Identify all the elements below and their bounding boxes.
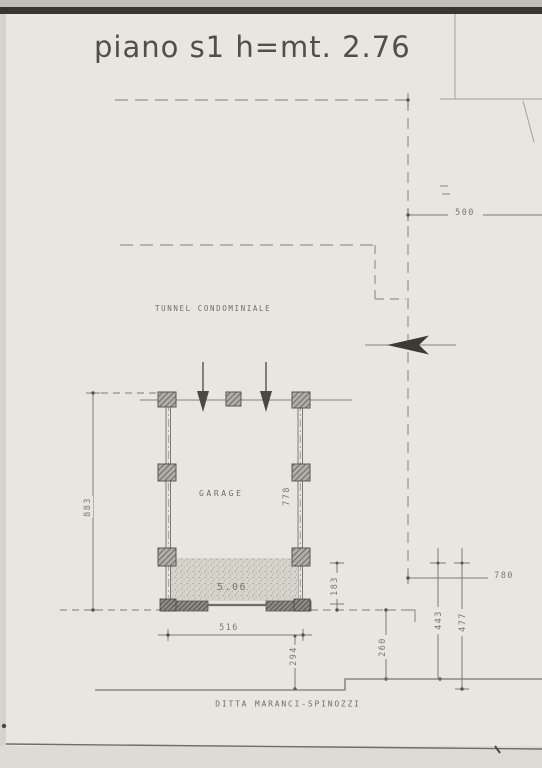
dim-garage-width: 516 [218,623,240,633]
pillar [158,548,176,566]
dim-front-left: 294 [289,645,299,667]
dim-depth-right: 778 [282,485,292,507]
dim-lot-width: 780 [493,571,515,581]
dim-right-a: 443 [434,609,444,631]
dim-front-mid: 260 [378,636,388,658]
plan-title: piano s1 h=mt. 2.76 [94,30,411,64]
ramp-level-label: 5.06 [216,582,248,593]
pillar [292,392,310,408]
pillar [158,392,176,407]
company-label: DITTA MARANCI-SPINOZZI [215,700,361,709]
dim-right-b: 477 [458,611,468,633]
pillar [292,548,310,566]
pillar [226,392,241,406]
garage-label: GARAGE [199,489,244,498]
dim-tunnel-width: 500 [454,208,476,218]
scanned-floor-plan-page: piano s1 h=mt. 2.76 TUNNEL CONDOMINIALE … [0,0,542,768]
dim-ramp-depth: 183 [330,575,340,597]
tunnel-label: TUNNEL CONDOMINIALE [155,304,271,313]
drawing-canvas [0,0,542,768]
dim-depth-left: 883 [83,496,93,518]
paper-background [0,0,542,768]
pillar [292,464,310,481]
pillar [158,464,176,481]
stippled-ramp [171,558,298,601]
